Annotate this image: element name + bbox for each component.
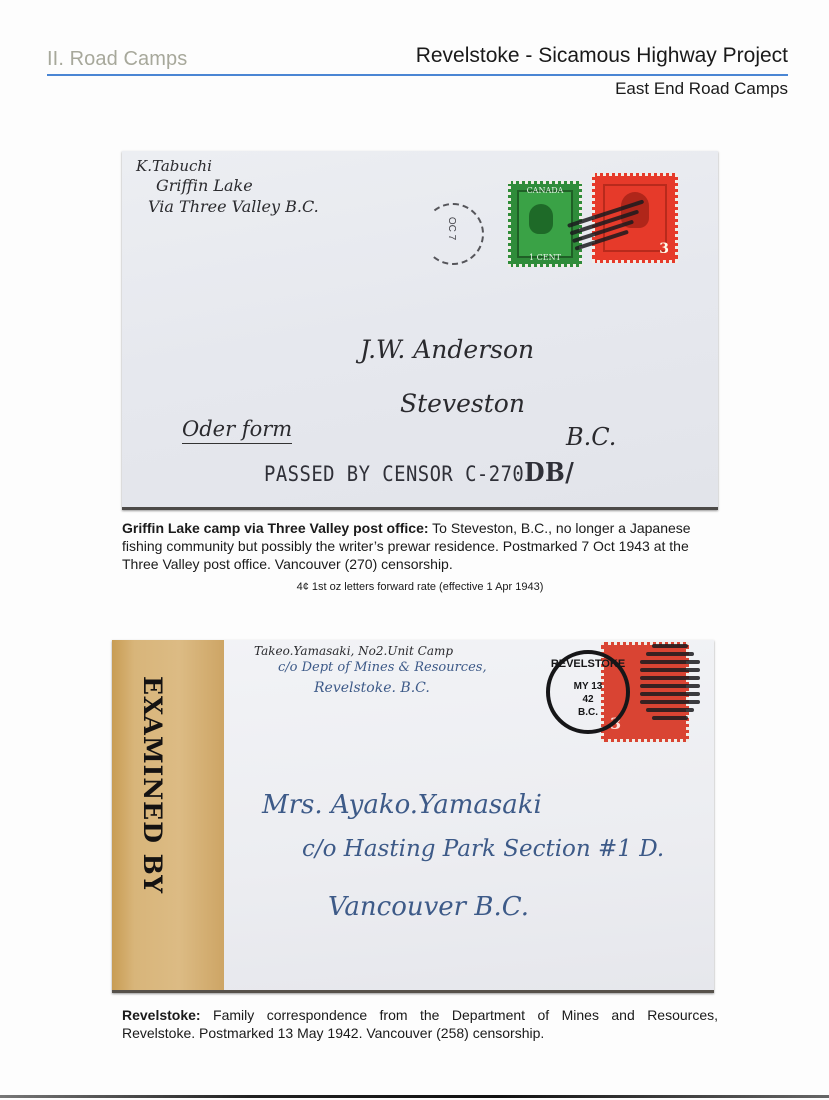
cover-caption: Revelstoke: Family correspondence from t… xyxy=(122,1006,718,1042)
cancel-bars-icon xyxy=(640,644,700,724)
sender-line: Takeo.Yamasaki, No2.Unit Camp xyxy=(254,644,453,658)
sender-line: Griffin Lake xyxy=(156,176,253,195)
addressee-line: J.W. Anderson xyxy=(360,335,534,364)
sender-line: Revelstoke. B.C. xyxy=(314,680,430,696)
cover-caption: Griffin Lake camp via Three Valley post … xyxy=(122,519,722,573)
postmark-revelstoke: REVELSTOKE MY 1342B.C. xyxy=(546,650,630,734)
addressee-line: c/o Hasting Park Section #1 D. xyxy=(302,836,664,862)
addressee-line: Mrs. Ayako.Yamasaki xyxy=(262,790,542,820)
page-subtitle: East End Road Camps xyxy=(615,79,788,99)
censor-tape: EXAMINED BY xyxy=(112,640,224,990)
rate-note: 4¢ 1st oz letters forward rate (effectiv… xyxy=(122,581,718,593)
cover-revelstoke: EXAMINED BY Takeo.Yamasaki, No2.Unit Cam… xyxy=(112,640,714,993)
page-title: Revelstoke - Sicamous Highway Project xyxy=(416,44,788,68)
header-rule xyxy=(47,74,788,76)
addressee-line: Vancouver B.C. xyxy=(328,892,529,922)
page-edge xyxy=(0,1095,829,1098)
censor-marking: PASSED BY CENSOR C-270DB/ xyxy=(264,458,574,488)
section-label: II. Road Camps xyxy=(47,48,187,71)
handwritten-notation: Oder form xyxy=(182,417,292,444)
cover-griffin-lake: K.Tabuchi Griffin Lake Via Three Valley … xyxy=(122,151,718,510)
addressee-line: B.C. xyxy=(566,423,616,451)
addressee-line: Steveston xyxy=(400,389,525,418)
sender-line: Via Three Valley B.C. xyxy=(148,197,319,216)
sender-line: K.Tabuchi xyxy=(136,157,212,175)
postmark-three-valley: OC 7 xyxy=(422,203,484,265)
sender-line: c/o Dept of Mines & Resources, xyxy=(278,660,487,675)
